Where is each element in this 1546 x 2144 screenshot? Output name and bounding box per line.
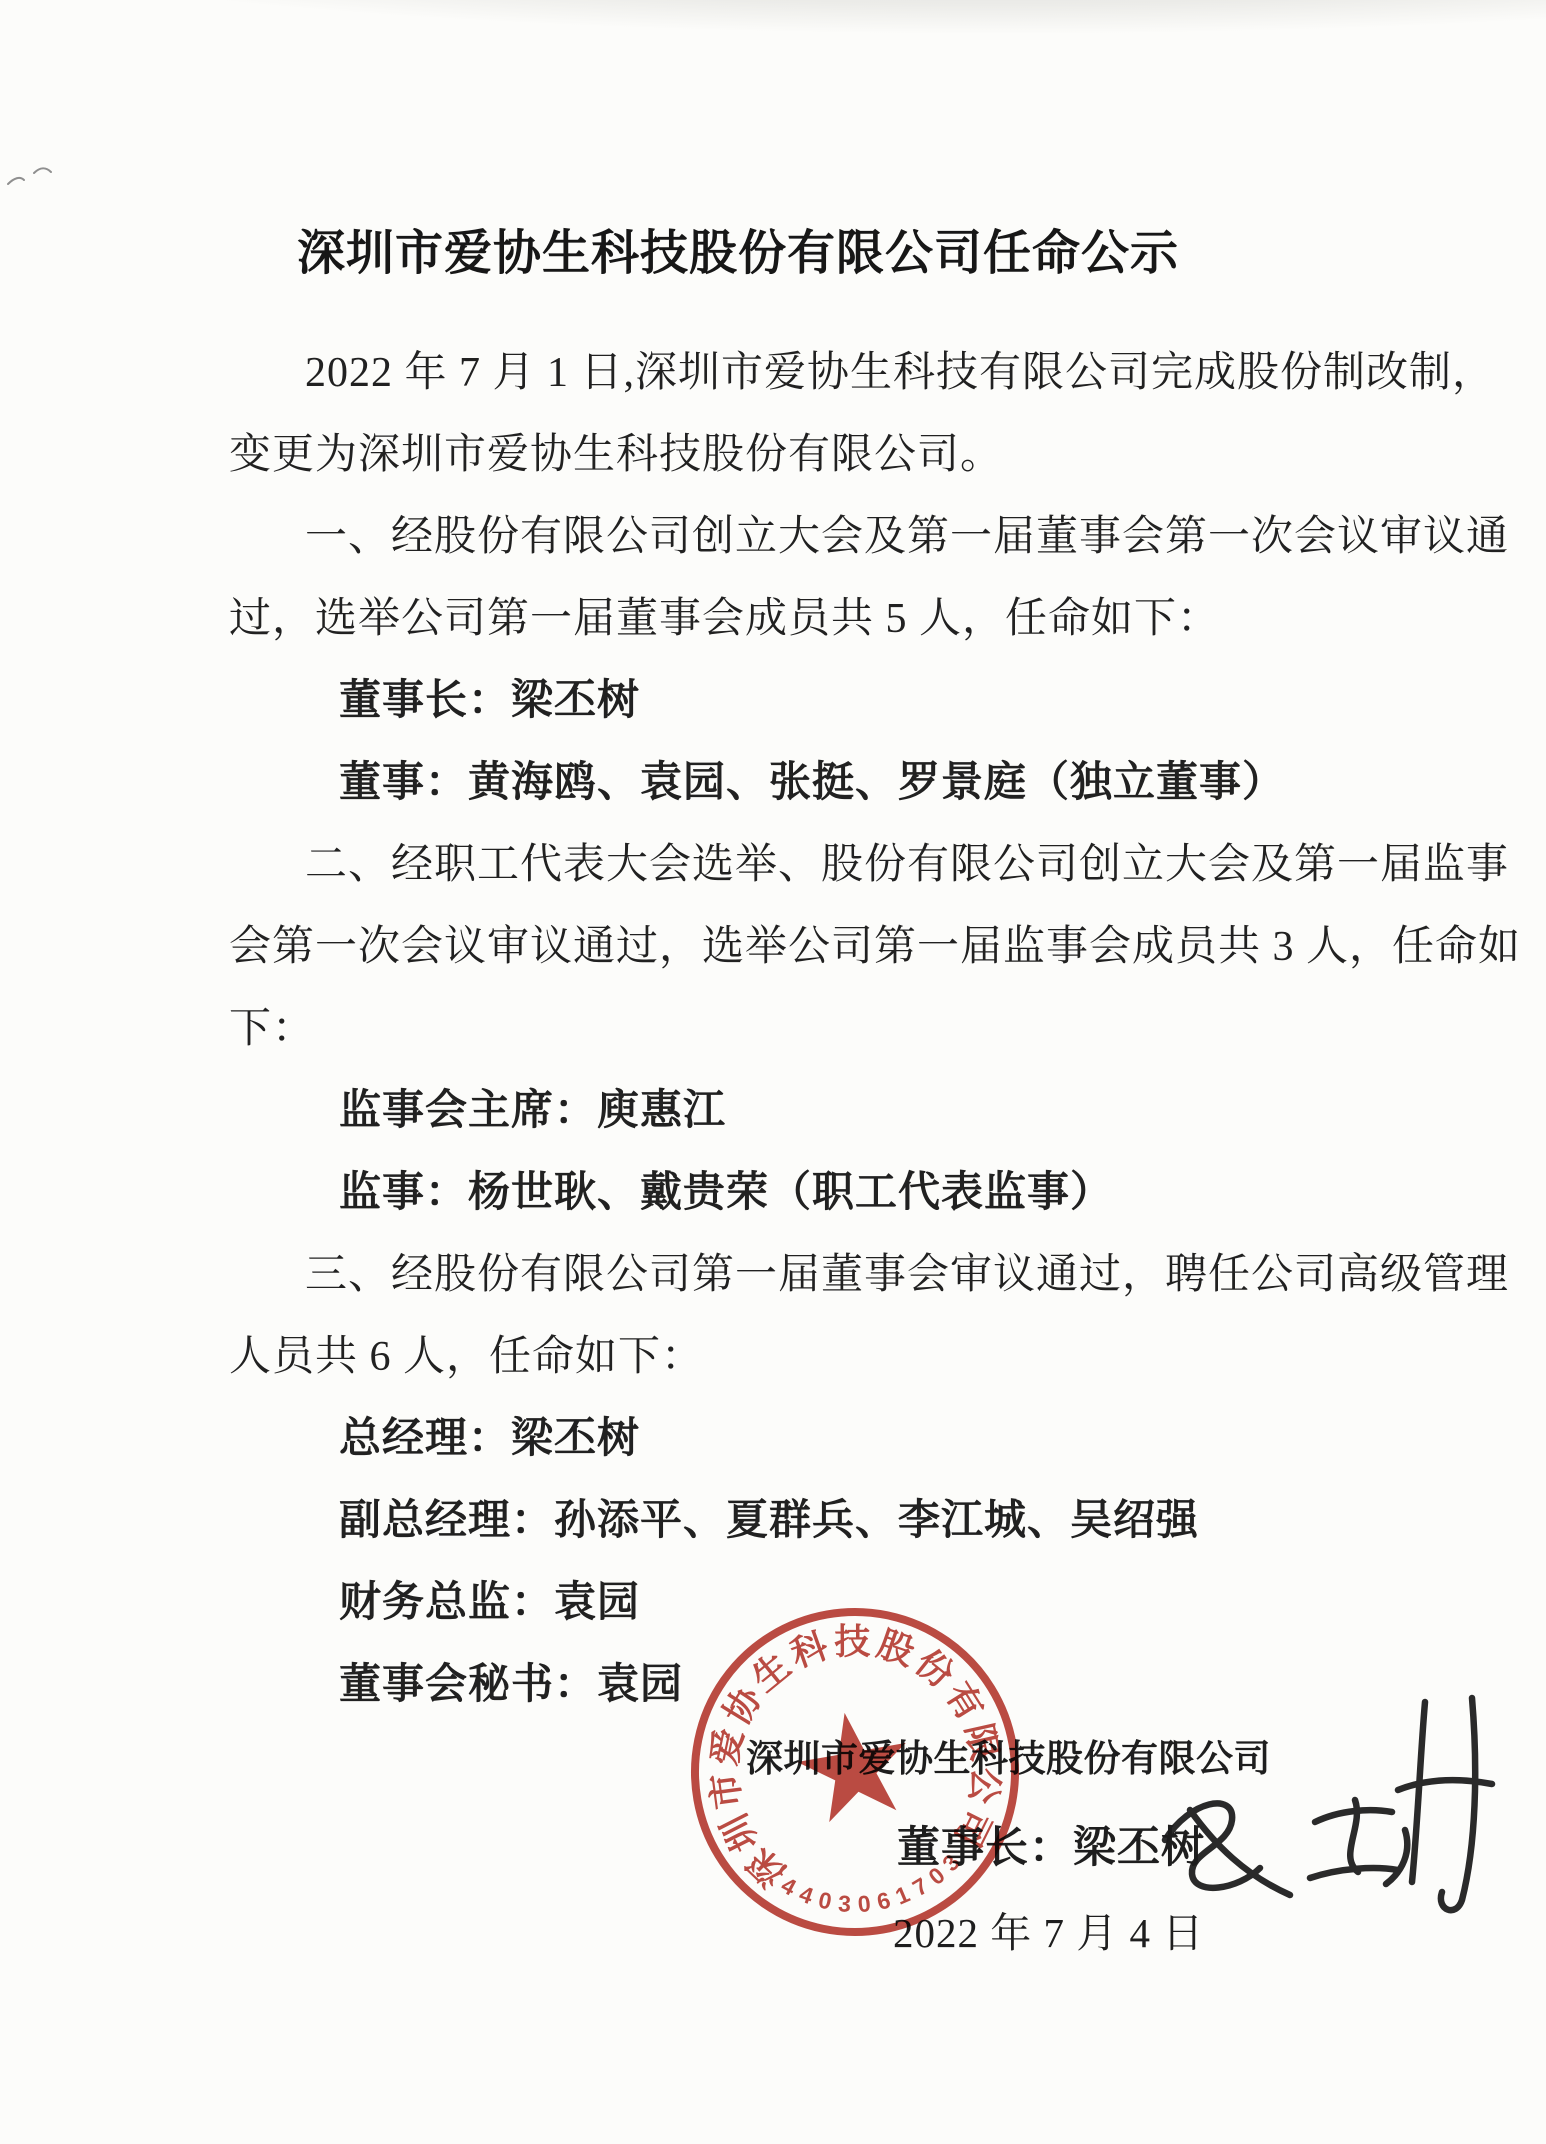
pen-mark-artifact: [0, 160, 100, 200]
body-line: 2022 年 7 月 1 日,深圳市爱协生科技有限公司完成股份制改制，: [229, 332, 1369, 414]
seal-code: 4403061703: [773, 1840, 976, 1932]
body-line: 董事：黄海鸥、袁园、张挺、罗景庭（独立董事）: [229, 742, 1369, 824]
body-line: 会第一次会议审议通过，选举公司第一届监事会成员共 3 人，任命如: [229, 906, 1369, 988]
body-line: 监事会主席：庾惠江: [229, 1070, 1369, 1152]
body-line: 董事长：梁丕树: [229, 660, 1369, 742]
document-title: 深圳市爱协生科技股份有限公司任命公示: [297, 224, 1179, 284]
handwritten-signature-strokes: [1165, 1698, 1492, 1910]
scan-shadow-artifact: [110, 0, 1546, 80]
body-line: 二、经职工代表大会选举、股份有限公司创立大会及第一届监事: [229, 824, 1369, 906]
body-line: 监事：杨世耿、戴贵荣（职工代表监事）: [229, 1152, 1369, 1234]
body-line: 一、经股份有限公司创立大会及第一届董事会第一次会议审议通: [229, 496, 1369, 578]
document-page: 深圳市爱协生科技股份有限公司任命公示 2022 年 7 月 1 日,深圳市爱协生…: [0, 0, 1546, 2144]
body-line: 下：: [229, 988, 1369, 1070]
handwritten-signature: [1120, 1660, 1520, 1930]
body-line: 三、经股份有限公司第一届董事会审议通过，聘任公司高级管理: [229, 1234, 1369, 1316]
body-line: 人员共 6 人，任命如下：: [229, 1316, 1369, 1398]
company-seal: 深圳市爱协生科技股份有限公司 4403061703: [646, 1563, 1063, 1980]
body-line: 变更为深圳市爱协生科技股份有限公司。: [229, 414, 1369, 496]
seal-star-icon: [790, 1703, 917, 1825]
body-line: 总经理：梁丕树: [229, 1398, 1369, 1480]
body-line: 副总经理：孙添平、夏群兵、李江城、吴绍强: [229, 1480, 1369, 1562]
document-body: 2022 年 7 月 1 日,深圳市爱协生科技有限公司完成股份制改制，变更为深圳…: [229, 332, 1369, 1726]
body-line: 过，选举公司第一届董事会成员共 5 人，任命如下：: [229, 578, 1369, 660]
